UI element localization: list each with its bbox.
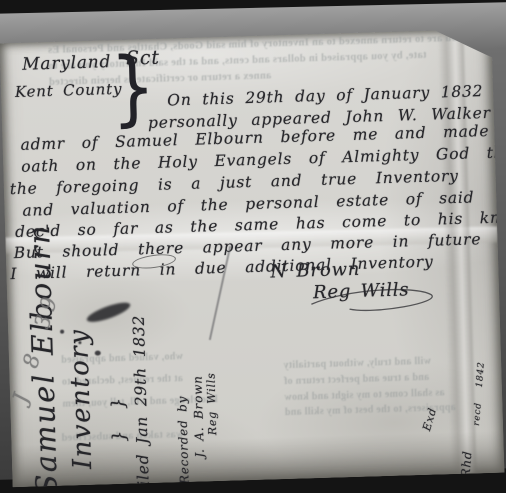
signature-name: N Brown bbox=[270, 261, 360, 282]
bleedthrough-text: will and truly, without partiality bbox=[283, 357, 431, 371]
bleedthrough-text: as shall come to my sight and know bbox=[284, 388, 445, 403]
paper-sheet: you are to return annexed to an Inventor… bbox=[0, 29, 504, 487]
ink-dot bbox=[78, 341, 81, 344]
docket-label: Inventory bbox=[66, 328, 96, 469]
docket-recorder-title: Reg Wills bbox=[205, 372, 218, 435]
document-scan: you are to return annexed to an Inventor… bbox=[0, 0, 506, 493]
docket-recorded-by: Recorded by bbox=[176, 396, 191, 485]
ink-dot bbox=[60, 330, 64, 334]
signature-flourish bbox=[305, 282, 446, 320]
docket-brace-marks: } } bbox=[110, 397, 129, 443]
ink-smudge bbox=[85, 299, 132, 326]
heading-county: Kent County bbox=[15, 82, 123, 100]
bleedthrough-text: and a true and perfect return of bbox=[284, 373, 430, 387]
docket-recorder-name: J. A. Brown bbox=[191, 375, 205, 458]
docket-filed-date: Filed Jan 29th 1832 bbox=[132, 315, 153, 493]
edge-note-date: recd 1842 bbox=[473, 361, 487, 426]
edge-note-short: Rhd bbox=[460, 450, 474, 478]
heading-state: Maryland bbox=[22, 54, 112, 74]
